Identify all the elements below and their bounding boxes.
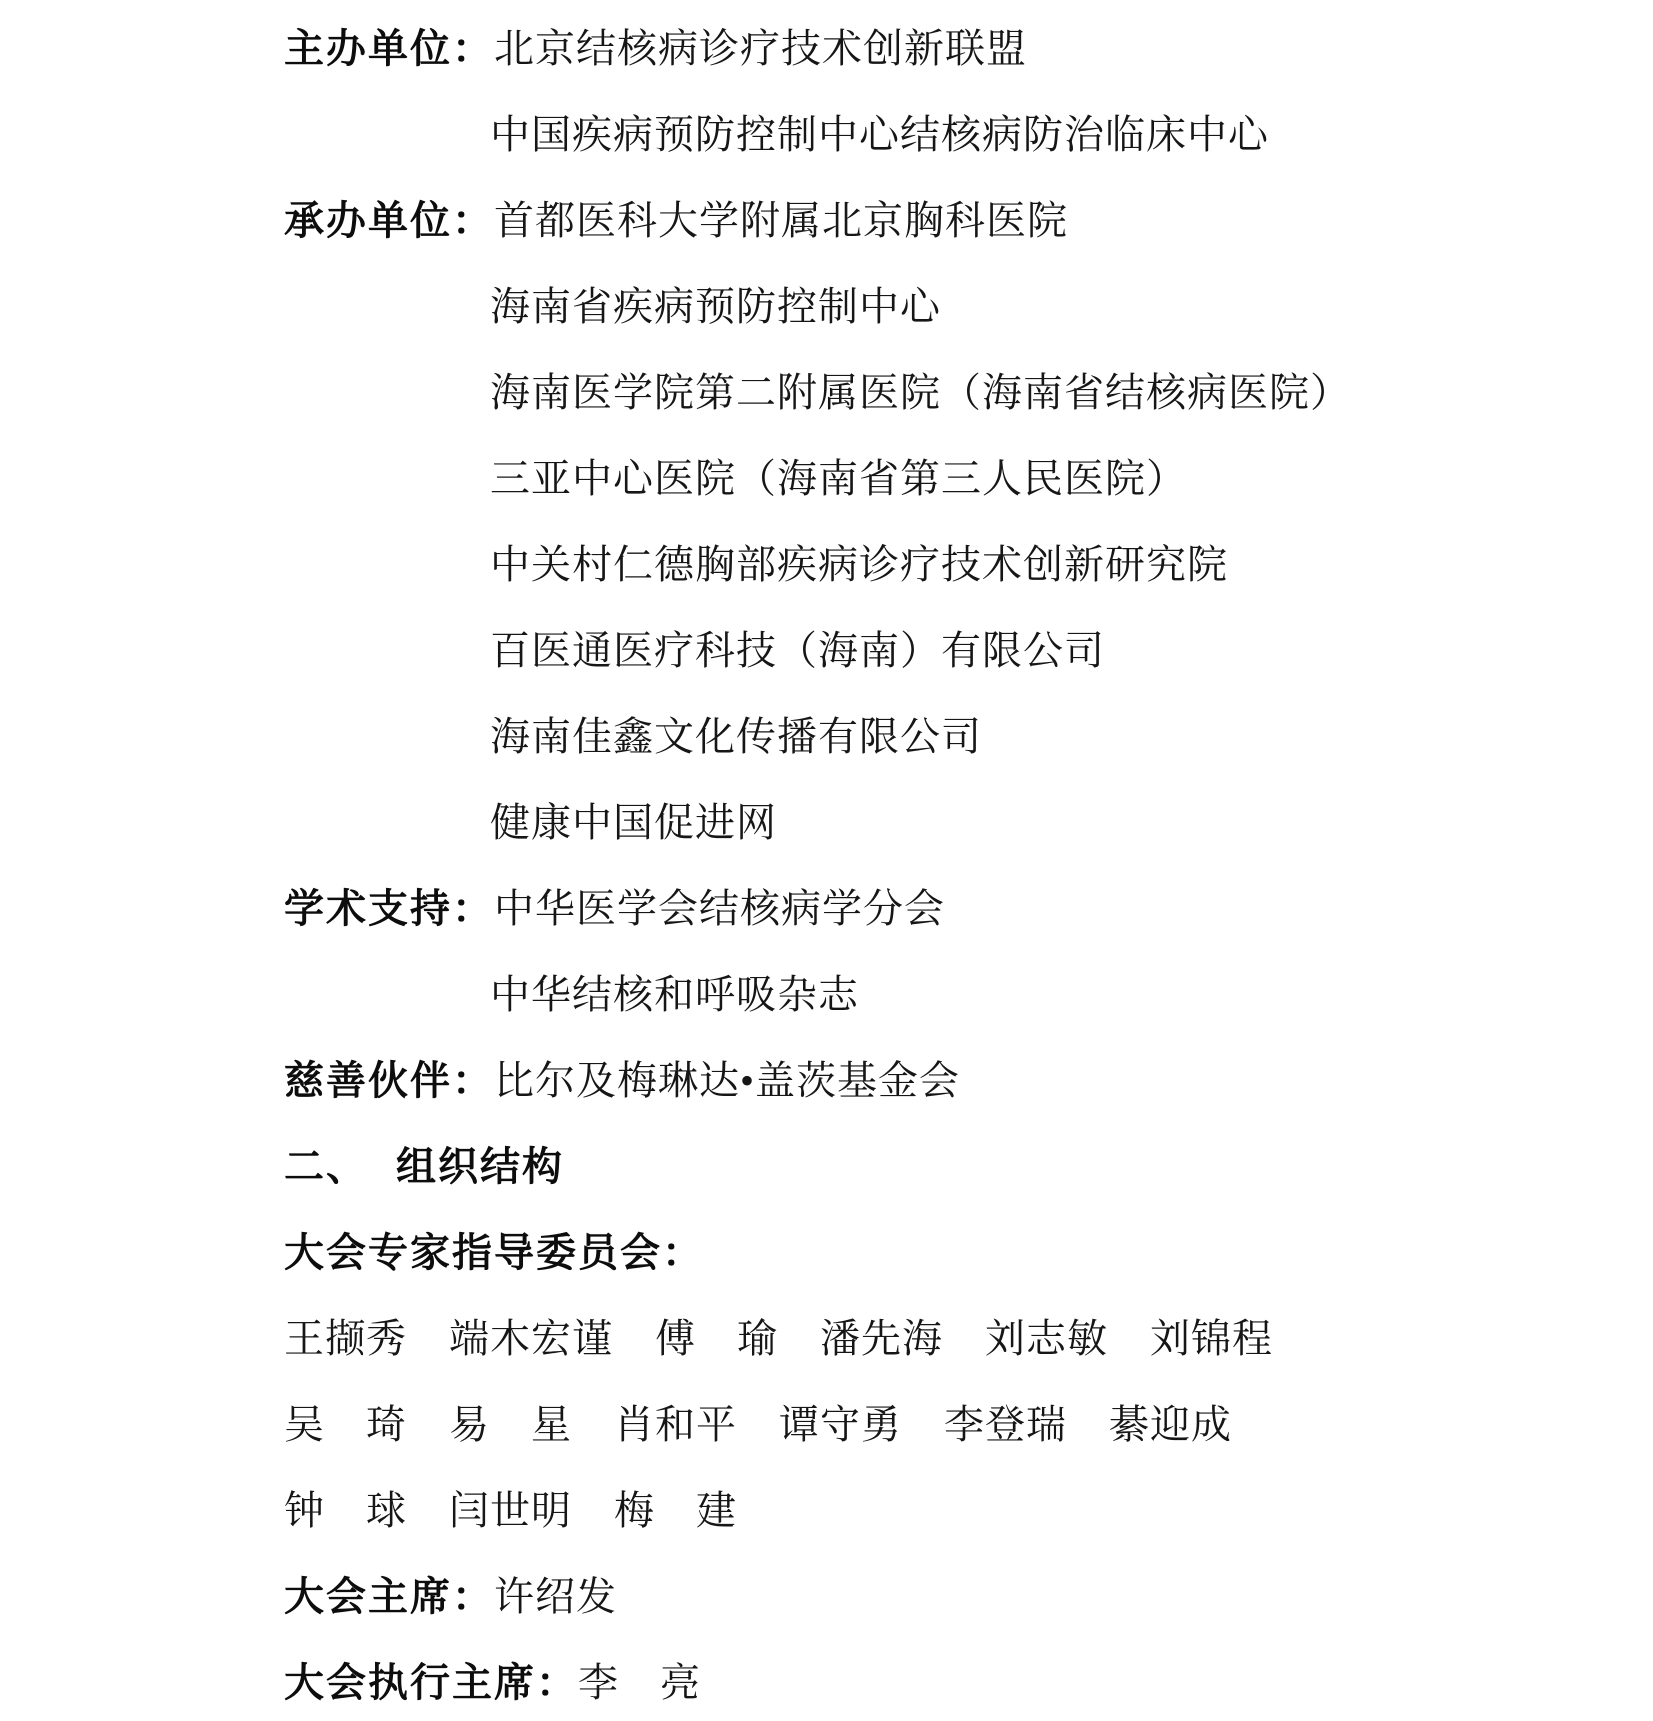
organizer-section-line: 承办单位： 首都医科大学附属北京胸科医院: [284, 174, 1653, 260]
academic-support-label: 学术支持：: [284, 877, 494, 934]
organizer-org-name: 海南省疾病预防控制中心: [284, 275, 941, 332]
committee-member: 綦迎成: [1109, 1393, 1232, 1450]
section-heading-line: 二、 组织结构: [284, 1120, 1653, 1206]
organizer-org-name: 首都医科大学附属北京胸科医院: [494, 189, 1068, 246]
committee-member: 李登瑞: [944, 1393, 1067, 1450]
organizer-section-line: 中关村仁德胸部疾病诊疗技术创新研究院: [284, 518, 1653, 604]
executive-chair-name: 李 亮: [578, 1651, 701, 1708]
charity-partner-org-name: 比尔及梅琳达•盖茨基金会: [494, 1049, 960, 1106]
academic-support-org-name: 中华医学会结核病学分会: [494, 877, 945, 934]
organizer-section-line: 百医通医疗科技（海南）有限公司: [284, 604, 1653, 690]
document-page: 主办单位： 北京结核病诊疗技术创新联盟 中国疾病预防控制中心结核病防治临床中心 …: [0, 0, 1653, 1721]
host-section-line: 中国疾病预防控制中心结核病防治临床中心: [284, 88, 1653, 174]
academic-support-line: 中华结核和呼吸杂志: [284, 948, 1653, 1034]
committee-member: 谭守勇: [779, 1393, 902, 1450]
committee-member: 傅 瑜: [655, 1307, 778, 1364]
charity-partner-label: 慈善伙伴：: [284, 1049, 494, 1106]
organizer-org-name: 百医通医疗科技（海南）有限公司: [284, 619, 1105, 676]
committee-members-row: 钟 球 闫世明 梅 建: [284, 1464, 1653, 1550]
committee-members-row: 吴 琦 易 星 肖和平 谭守勇 李登瑞 綦迎成: [284, 1378, 1653, 1464]
executive-chair-label: 大会执行主席：: [284, 1651, 578, 1708]
committee-member: 刘锦程: [1150, 1307, 1273, 1364]
committee-label-line: 大会专家指导委员会：: [284, 1206, 1653, 1292]
organizer-section-line: 三亚中心医院（海南省第三人民医院）: [284, 432, 1653, 518]
charity-partner-line: 慈善伙伴： 比尔及梅琳达•盖茨基金会: [284, 1034, 1653, 1120]
committee-member: 刘志敏: [985, 1307, 1108, 1364]
committee-members-row: 王撷秀 端木宏谨 傅 瑜 潘先海 刘志敏 刘锦程: [284, 1292, 1653, 1378]
committee-member: 闫世明: [449, 1479, 572, 1536]
organizer-org-name: 海南医学院第二附属医院（海南省结核病医院）: [284, 361, 1351, 418]
committee-member: 肖和平: [614, 1393, 737, 1450]
host-label: 主办单位：: [284, 17, 494, 74]
executive-chair-line: 大会执行主席： 李 亮: [284, 1636, 1653, 1721]
organizer-org-name: 三亚中心医院（海南省第三人民医院）: [284, 447, 1187, 504]
organizer-section-line: 海南佳鑫文化传播有限公司: [284, 690, 1653, 776]
chair-line: 大会主席： 许绍发: [284, 1550, 1653, 1636]
committee-member: 端木宏谨: [449, 1307, 613, 1364]
committee-member: 王撷秀: [284, 1307, 407, 1364]
chair-name: 许绍发: [494, 1565, 617, 1622]
committee-member: 吴 琦: [284, 1393, 407, 1450]
section-heading-number: 二、: [284, 1135, 368, 1192]
committee-label: 大会专家指导委员会：: [284, 1221, 704, 1278]
organizer-org-name: 中关村仁德胸部疾病诊疗技术创新研究院: [284, 533, 1228, 590]
organizer-label: 承办单位：: [284, 189, 494, 246]
document-content: 主办单位： 北京结核病诊疗技术创新联盟 中国疾病预防控制中心结核病防治临床中心 …: [0, 0, 1653, 1721]
host-org-name: 北京结核病诊疗技术创新联盟: [494, 17, 1027, 74]
organizer-section-line: 健康中国促进网: [284, 776, 1653, 862]
committee-member: 易 星: [449, 1393, 572, 1450]
organizer-org-name: 海南佳鑫文化传播有限公司: [284, 705, 982, 762]
committee-member: 潘先海: [820, 1307, 943, 1364]
academic-support-org-name: 中华结核和呼吸杂志: [284, 963, 859, 1020]
organizer-section-line: 海南医学院第二附属医院（海南省结核病医院）: [284, 346, 1653, 432]
committee-member: 钟 球: [284, 1479, 407, 1536]
organizer-org-name: 健康中国促进网: [284, 791, 777, 848]
host-org-name: 中国疾病预防控制中心结核病防治临床中心: [284, 103, 1269, 160]
host-section-line: 主办单位： 北京结核病诊疗技术创新联盟: [284, 2, 1653, 88]
organizer-section-line: 海南省疾病预防控制中心: [284, 260, 1653, 346]
academic-support-line: 学术支持： 中华医学会结核病学分会: [284, 862, 1653, 948]
chair-label: 大会主席：: [284, 1565, 494, 1622]
committee-member: 梅 建: [614, 1479, 737, 1536]
section-heading-title: 组织结构: [396, 1135, 564, 1192]
